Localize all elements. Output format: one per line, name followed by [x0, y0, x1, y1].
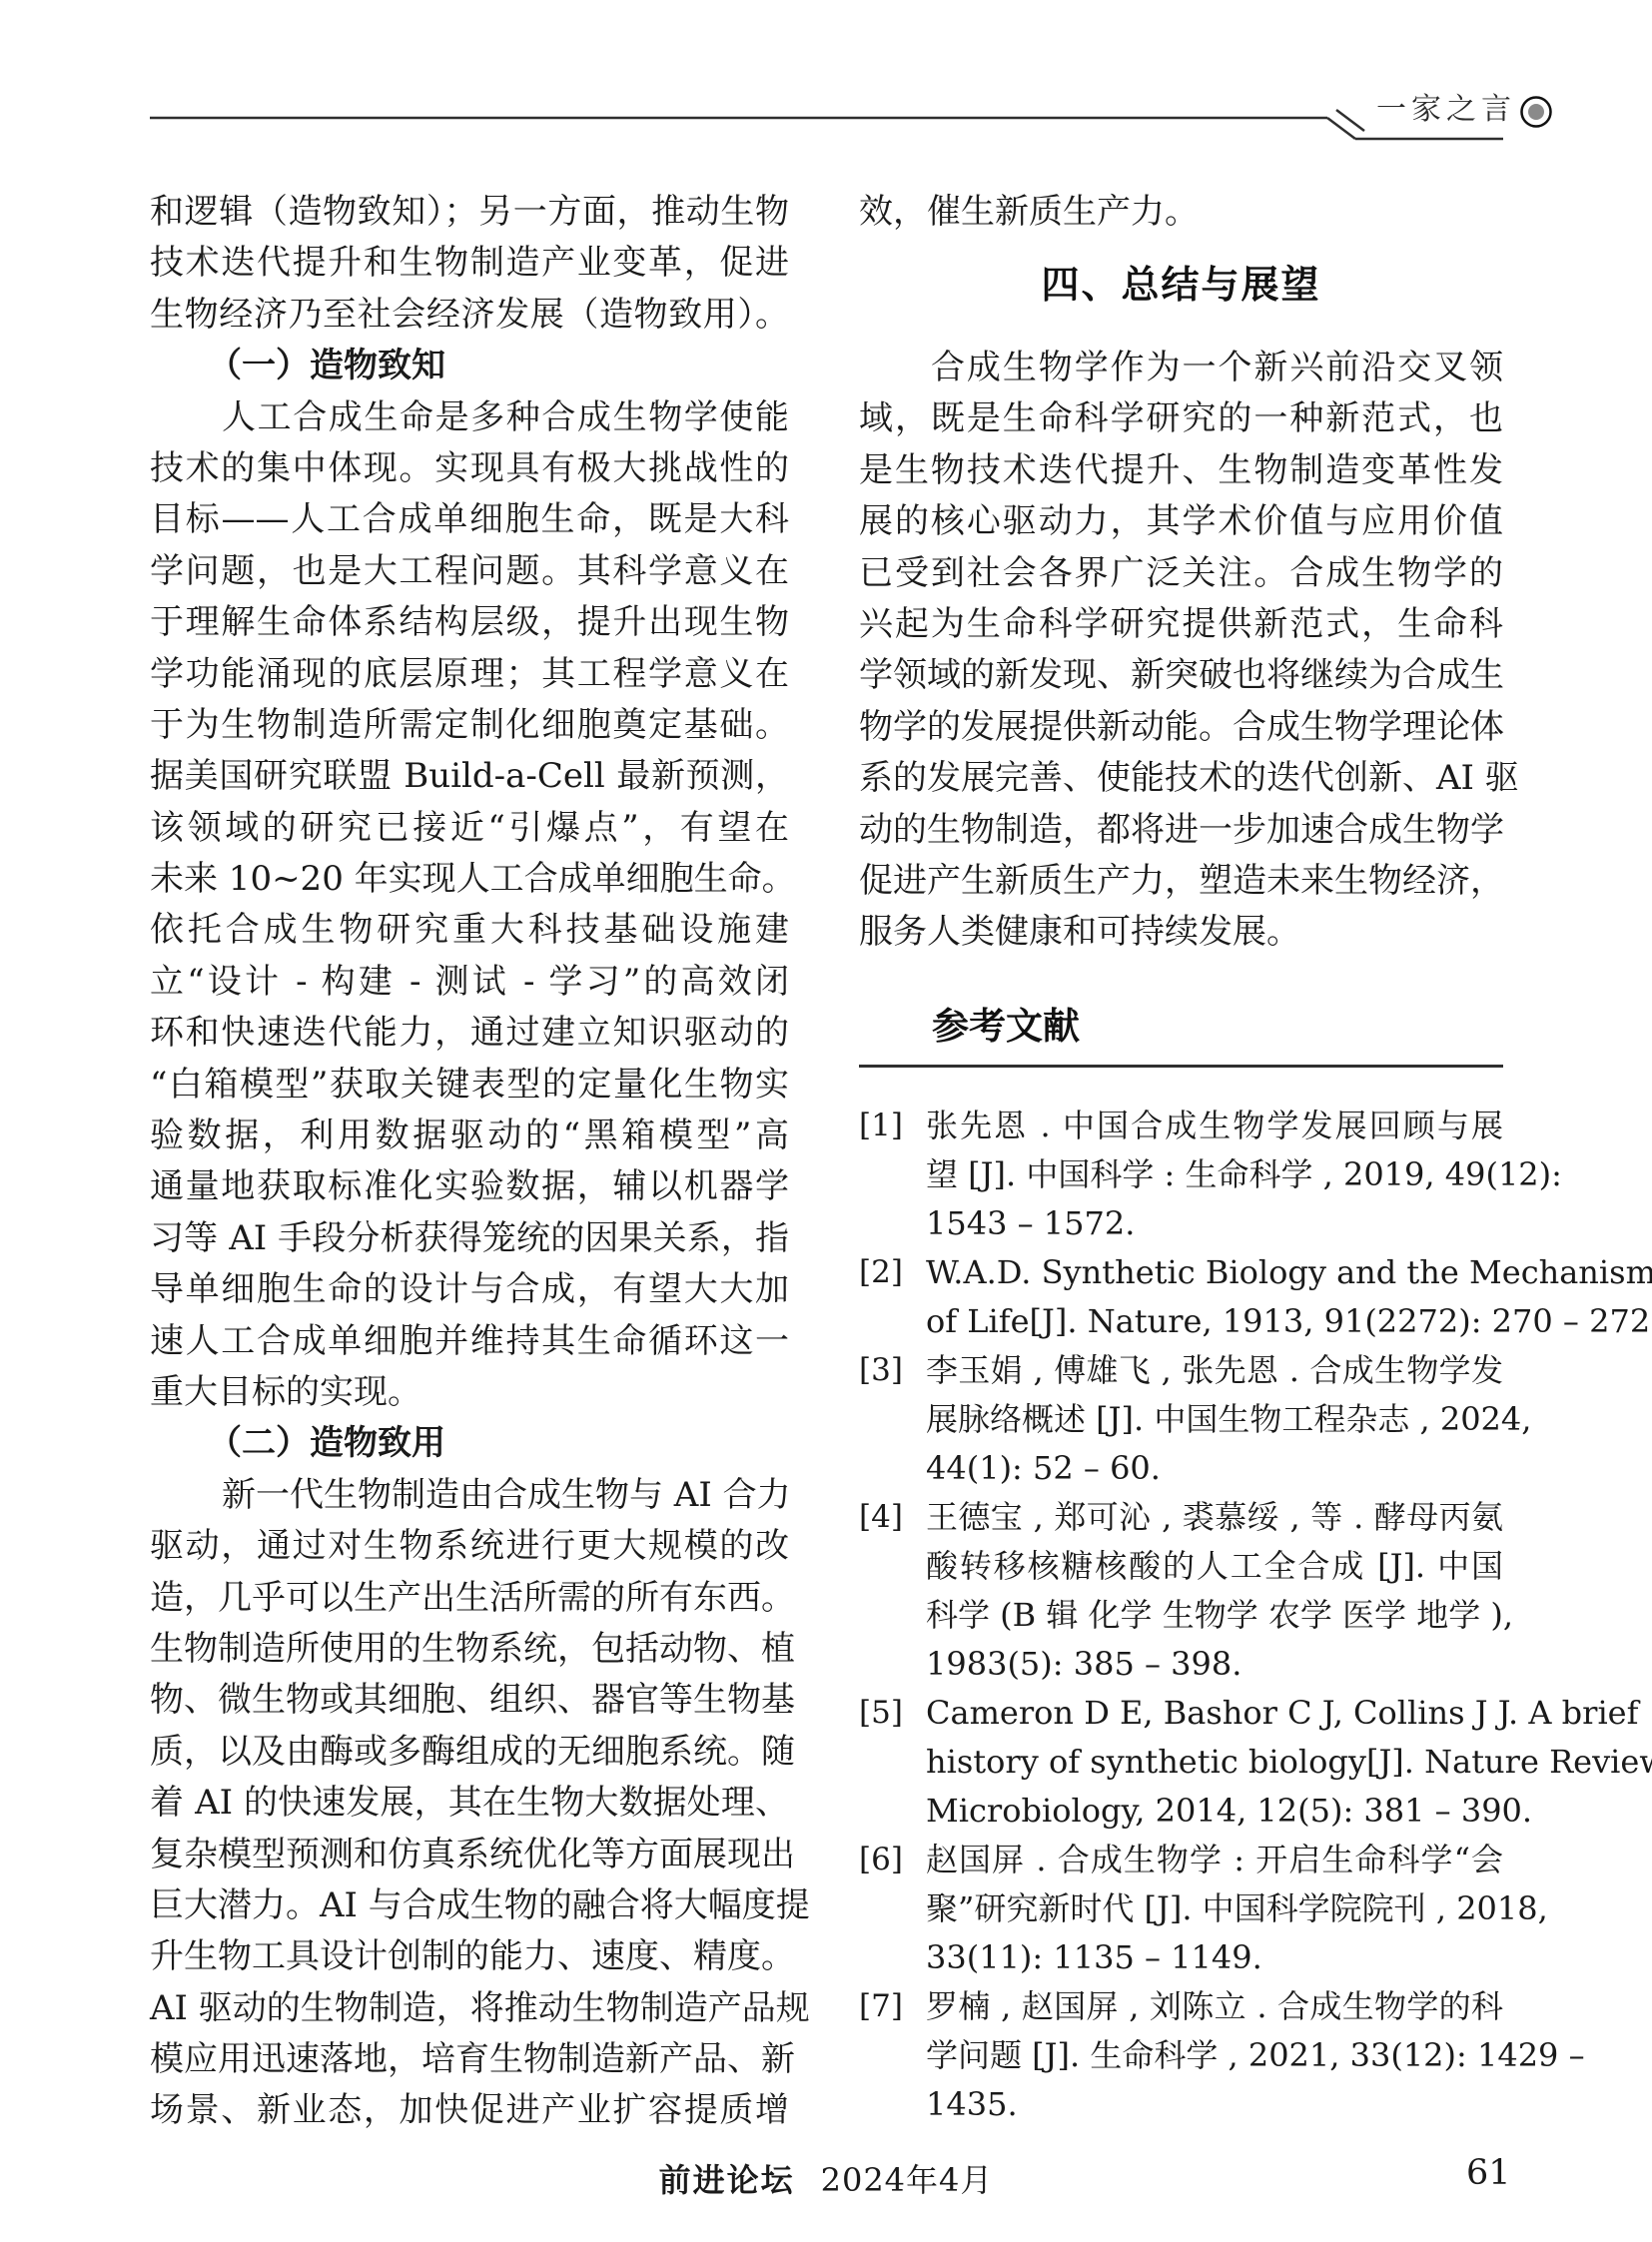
reference-item: [5]Cameron D E, Bashor C J, Collins J J.…: [859, 1689, 1503, 1836]
text-line: 是生物技术迭代提升、生物制造变革性发: [859, 445, 1503, 496]
reference-line: 酸转移核糖核酸的人工全合成 [J]. 中国: [926, 1542, 1503, 1591]
text-line: 目标——人工合成单细胞生命，既是大科: [150, 494, 789, 545]
reference-text: 赵国屏 . 合成生物学 : 开启生命科学“会聚”研究新时代 [J]. 中国科学院…: [926, 1836, 1503, 1982]
text-line: 已受到社会各界广泛关注。合成生物学的: [859, 548, 1503, 599]
reference-number: [5]: [859, 1689, 926, 1738]
footer: 前进论坛2024年4月: [0, 2155, 1652, 2201]
text-line: 未来 10~20 年实现人工合成单细胞生命。: [150, 854, 789, 905]
footer-journal-name: 前进论坛: [659, 2161, 795, 2199]
text-line: 复杂模型预测和仿真系统优化等方面展现出: [150, 1830, 789, 1880]
text-line: 合成生物学作为一个新兴前沿交叉领: [859, 343, 1503, 393]
reference-number: [7]: [859, 1982, 926, 2031]
text-line: 该领域的研究已接近“引爆点”，有望在: [150, 803, 789, 854]
reference-number: [4]: [859, 1493, 926, 1542]
journal-page: 一家之言 和逻辑（造物致知）；另一方面，推动生物技术迭代提升和生物制造产业变革，…: [0, 0, 1652, 2242]
reference-text: Cameron D E, Bashor C J, Collins J J. A …: [926, 1689, 1503, 1836]
reference-line: 1983(5): 385 – 398.: [926, 1640, 1503, 1689]
reference-number: [6]: [859, 1836, 926, 1884]
reference-line: 33(11): 1135 – 1149.: [926, 1933, 1503, 1982]
reference-item: [6]赵国屏 . 合成生物学 : 开启生命科学“会聚”研究新时代 [J]. 中国…: [859, 1836, 1503, 1982]
text-line: 验数据，利用数据驱动的“黑箱模型”高: [150, 1111, 789, 1161]
reference-text: 王德宝 , 郑可沁 , 裘慕绥 , 等 . 酵母丙氨酸转移核糖核酸的人工全合成 …: [926, 1493, 1503, 1689]
reference-line: 李玉娟 , 傅雄飞 , 张先恩 . 合成生物学发: [926, 1346, 1503, 1395]
reference-line: 罗楠 , 赵国屏 , 刘陈立 . 合成生物学的科: [926, 1982, 1503, 2031]
reference-text: 张先恩 . 中国合成生物学发展回顾与展望 [J]. 中国科学 : 生命科学 , …: [926, 1102, 1503, 1248]
reference-line: of Life[J]. Nature, 1913, 91(2272): 270 …: [926, 1297, 1503, 1346]
text-line: 升生物工具设计创制的能力、速度、精度。: [150, 1931, 789, 1982]
page-number: 61: [1466, 2153, 1511, 2193]
footer-issue-date: 2024年4月: [821, 2161, 994, 2199]
reference-number: [2]: [859, 1248, 926, 1297]
left-column: 和逻辑（造物致知）；另一方面，推动生物技术迭代提升和生物制造产业变革，促进生物经…: [150, 187, 789, 2137]
text-line: 据美国研究联盟 Build-a-Cell 最新预测，: [150, 751, 789, 802]
text-line: 学领域的新发现、新突破也将继续为合成生: [859, 650, 1503, 701]
reference-text: 李玉娟 , 傅雄飞 , 张先恩 . 合成生物学发展脉络概述 [J]. 中国生物工…: [926, 1346, 1503, 1493]
text-line: 动的生物制造，都将进一步加速合成生物学: [859, 805, 1503, 856]
text-line: 重大目标的实现。: [150, 1367, 789, 1418]
reference-line: Microbiology, 2014, 12(5): 381 – 390.: [926, 1787, 1503, 1836]
reference-text: W.A.D. Synthetic Biology and the Mechani…: [926, 1248, 1503, 1346]
text-line: 导单细胞生命的设计与合成，有望大大加: [150, 1264, 789, 1315]
text-line: 学功能涌现的底层原理；其工程学意义在: [150, 649, 789, 700]
reference-line: history of synthetic biology[J]. Nature …: [926, 1738, 1503, 1787]
text-line: 生物制造所使用的生物系统，包括动物、植: [150, 1624, 789, 1675]
text-line: 生物经济乃至社会经济发展（造物致用）。: [150, 290, 789, 341]
reference-line: W.A.D. Synthetic Biology and the Mechani…: [926, 1248, 1503, 1297]
reference-line: 张先恩 . 中国合成生物学发展回顾与展: [926, 1102, 1503, 1150]
text-line: 于理解生命体系结构层级，提升出现生物: [150, 597, 789, 648]
text-line: 于为生物制造所需定制化细胞奠定基础。: [150, 700, 789, 751]
text-line: 立“设计 - 构建 - 测试 - 学习”的高效闭: [150, 957, 789, 1008]
reference-line: 1435.: [926, 2080, 1503, 2129]
reference-item: [4]王德宝 , 郑可沁 , 裘慕绥 , 等 . 酵母丙氨酸转移核糖核酸的人工全…: [859, 1493, 1503, 1689]
text-line: 物、微生物或其细胞、组织、器官等生物基: [150, 1675, 789, 1726]
text-line: 造，几乎可以生产出生活所需的所有东西。: [150, 1573, 789, 1624]
text-line: 环和快速迭代能力，通过建立知识驱动的: [150, 1008, 789, 1059]
text-line: 模应用迅速落地，培育生物制造新产品、新: [150, 2034, 789, 2085]
text-line: 物学的发展提供新动能。合成生物学理论体: [859, 702, 1503, 753]
summary-paragraph: 合成生物学作为一个新兴前沿交叉领域，既是生命科学研究的一种新范式，也是生物技术迭…: [859, 343, 1503, 959]
references-list: [1]张先恩 . 中国合成生物学发展回顾与展望 [J]. 中国科学 : 生命科学…: [859, 1102, 1503, 2129]
reference-number: [1]: [859, 1102, 926, 1150]
reference-line: Cameron D E, Bashor C J, Collins J J. A …: [926, 1689, 1503, 1738]
text-line: 系的发展完善、使能技术的迭代创新、AI 驱: [859, 753, 1503, 804]
reference-line: 1543 – 1572.: [926, 1199, 1503, 1248]
text-line: 依托合成生物研究重大科技基础设施建: [150, 905, 789, 956]
text-line: 兴起为生命科学研究提供新范式，生命科: [859, 599, 1503, 650]
section-heading: 四、总结与展望: [859, 255, 1503, 315]
text-line: 促进产生新质生产力，塑造未来生物经济，: [859, 856, 1503, 907]
reference-text: 罗楠 , 赵国屏 , 刘陈立 . 合成生物学的科学问题 [J]. 生命科学 , …: [926, 1982, 1503, 2129]
text-line: 巨大潜力。AI 与合成生物的融合将大幅度提: [150, 1880, 789, 1931]
text-line: 和逻辑（造物致知）；另一方面，推动生物: [150, 187, 789, 238]
text-line: 人工合成生命是多种合成生物学使能: [150, 392, 789, 443]
reference-item: [1]张先恩 . 中国合成生物学发展回顾与展望 [J]. 中国科学 : 生命科学…: [859, 1102, 1503, 1248]
reference-item: [2]W.A.D. Synthetic Biology and the Mech…: [859, 1248, 1503, 1346]
column-section-label: 一家之言: [1376, 84, 1516, 128]
text-line: 技术的集中体现。实现具有极大挑战性的: [150, 443, 789, 494]
reference-line: 聚”研究新时代 [J]. 中国科学院院刊 , 2018,: [926, 1884, 1503, 1933]
text-line: （二）造物致用: [150, 1418, 789, 1469]
lead-line-container: 效，催生新质生产力。: [859, 187, 1503, 238]
text-line: 新一代生物制造由合成生物与 AI 合力: [150, 1470, 789, 1521]
text-line: 质，以及由酶或多酶组成的无细胞系统。随: [150, 1727, 789, 1778]
text-line: 域，既是生命科学研究的一种新范式，也: [859, 393, 1503, 444]
references-divider: [859, 1065, 1503, 1068]
text-line: 场景、新业态，加快促进产业扩容提质增: [150, 2085, 789, 2136]
text-line: 学问题，也是大工程问题。其科学意义在: [150, 546, 789, 597]
text-line: （一）造物致知: [150, 341, 789, 391]
reference-number: [3]: [859, 1346, 926, 1395]
text-line: 着 AI 的快速发展，其在生物大数据处理、: [150, 1778, 789, 1829]
text-line: 习等 AI 手段分析获得笼统的因果关系，指: [150, 1213, 789, 1264]
reference-line: 学问题 [J]. 生命科学 , 2021, 33(12): 1429 –: [926, 2031, 1503, 2080]
reference-item: [7]罗楠 , 赵国屏 , 刘陈立 . 合成生物学的科学问题 [J]. 生命科学…: [859, 1982, 1503, 2129]
reference-line: 王德宝 , 郑可沁 , 裘慕绥 , 等 . 酵母丙氨: [926, 1493, 1503, 1542]
text-line: 服务人类健康和可持续发展。: [859, 907, 1503, 958]
reference-item: [3]李玉娟 , 傅雄飞 , 张先恩 . 合成生物学发展脉络概述 [J]. 中国…: [859, 1346, 1503, 1493]
text-line: 效，催生新质生产力。: [859, 187, 1503, 238]
text-line: AI 驱动的生物制造，将推动生物制造产品规: [150, 1983, 789, 2034]
reference-line: 赵国屏 . 合成生物学 : 开启生命科学“会: [926, 1836, 1503, 1884]
reference-line: 科学 (B 辑 化学 生物学 农学 医学 地学 ),: [926, 1591, 1503, 1640]
reference-line: 44(1): 52 – 60.: [926, 1444, 1503, 1493]
text-line: 驱动，通过对生物系统进行更大规模的改: [150, 1521, 789, 1572]
text-line: 技术迭代提升和生物制造产业变革，促进: [150, 238, 789, 289]
text-line: 通量地获取标准化实验数据，辅以机器学: [150, 1161, 789, 1212]
text-line: 速人工合成单细胞并维持其生命循环这一: [150, 1316, 789, 1367]
text-line: “白箱模型”获取关键表型的定量化生物实: [150, 1060, 789, 1111]
references-heading: 参考文献: [859, 996, 1503, 1050]
text-line: 展的核心驱动力，其学术价值与应用价值: [859, 496, 1503, 547]
reference-line: 望 [J]. 中国科学 : 生命科学 , 2019, 49(12):: [926, 1150, 1503, 1199]
reference-line: 展脉络概述 [J]. 中国生物工程杂志 , 2024,: [926, 1395, 1503, 1444]
bullseye-icon: [1522, 98, 1551, 127]
